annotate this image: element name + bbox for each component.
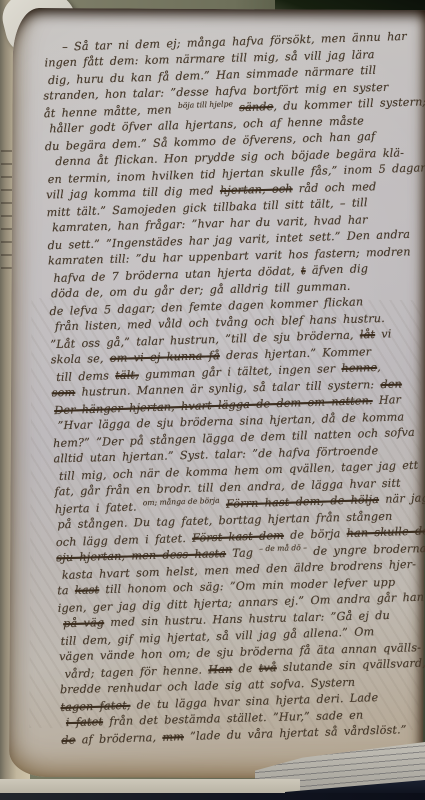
manuscript-photo: – Så tar ni dem ej; många hafva försökt,…: [0, 0, 425, 800]
underpage-writing-fragments: [1, 150, 12, 270]
manuscript-lines: – Så tar ni dem ej; många hafva försökt,…: [42, 28, 425, 748]
manuscript-page: – Så tar ni dem ej; många hafva försökt,…: [9, 8, 425, 779]
binding-shadow-bar: [0, 793, 425, 800]
